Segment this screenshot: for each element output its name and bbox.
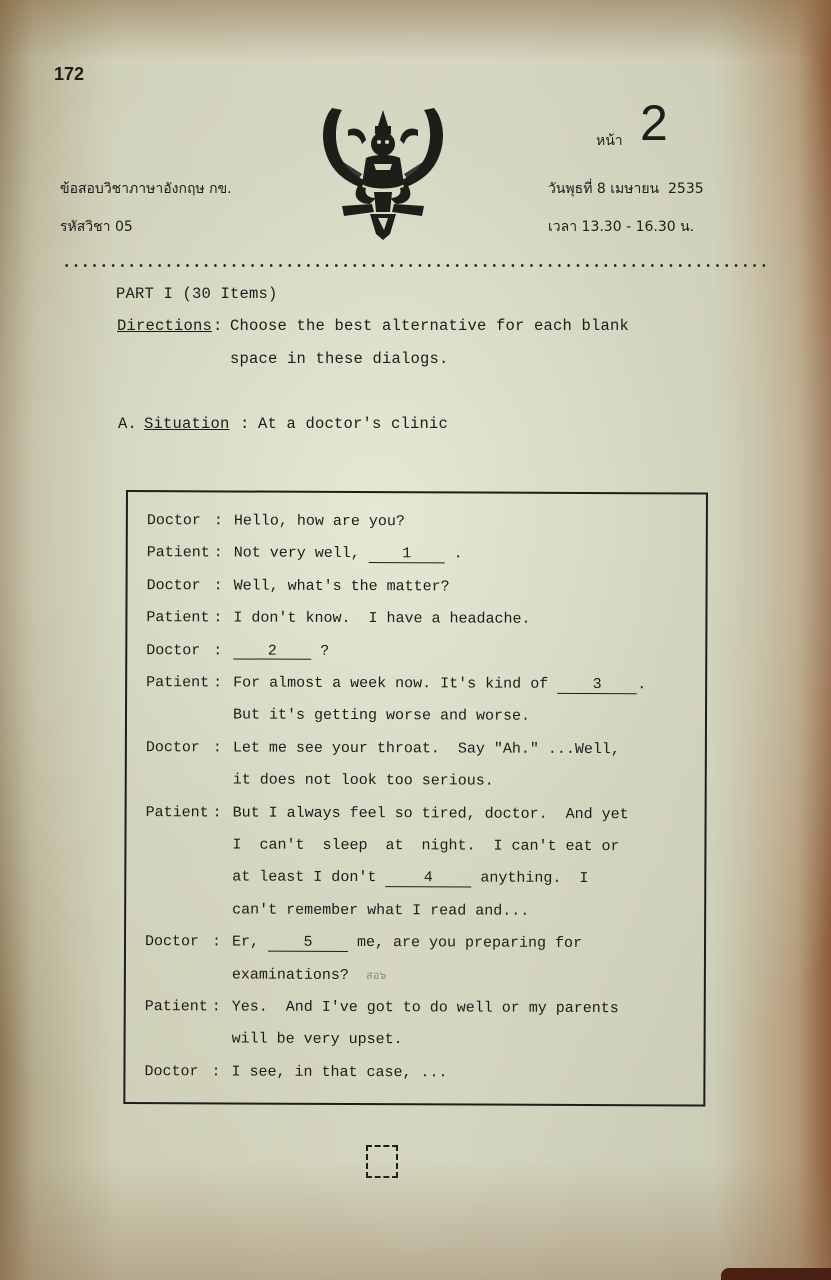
book-page-number: 172 [54, 64, 84, 85]
dialog-line: Hello, how are you? [234, 512, 405, 530]
exam-date: วันพุธที่ 8 เมษายน 2535 [548, 178, 704, 200]
dialog-line: Yes. And I've got to do well or my paren… [232, 998, 619, 1017]
dialog-colon: : [214, 577, 223, 594]
dialog-speaker: Doctor [145, 933, 199, 950]
dialog-line: Er, 5 me, are you preparing for [232, 934, 582, 953]
dialog-speaker: Patient [146, 609, 209, 626]
directions-text-line-1: Choose the best alternative for each bla… [230, 317, 629, 335]
dialog-text: But I always feel so tired, doctor. And … [233, 804, 629, 823]
situation-colon: : [240, 415, 250, 433]
dialog-colon: : [211, 1063, 220, 1080]
directions-text-line-2: space in these dialogs. [230, 350, 449, 368]
dialog-text: . [445, 546, 463, 563]
dialog-line: I don't know. I have a headache. [233, 610, 530, 628]
dotted-divider [62, 264, 768, 267]
dialog-speaker: Patient [145, 998, 208, 1015]
situation-label: Situation [144, 415, 230, 433]
dialog-text: I can't sleep at night. I can't eat or [232, 836, 619, 855]
dialog-text: Well, what's the matter? [234, 577, 450, 595]
dialog-text: . [637, 676, 646, 693]
situation-text: At a doctor's clinic [258, 415, 448, 433]
dialog-colon: : [212, 934, 221, 951]
exam-title: ข้อสอบวิชาภาษาอังกฤษ กข. [60, 178, 232, 200]
dialog-text: I see, in that case, ... [231, 1063, 447, 1081]
dialog-colon: : [213, 739, 222, 756]
directions-colon: : [213, 317, 223, 335]
dialog-speaker: Patient [147, 544, 210, 561]
paper-shadow-top [0, 0, 831, 60]
page-label: หน้า [596, 130, 623, 152]
dialog-colon: : [214, 545, 223, 562]
garuda-emblem-icon [318, 100, 448, 242]
dialog-colon: : [213, 674, 222, 691]
page-corner-shadow [721, 1268, 831, 1280]
dialog-text: I don't know. I have a headache. [233, 610, 530, 628]
directions-label: Directions [117, 317, 212, 335]
dialog-text: Hello, how are you? [234, 512, 405, 530]
dialog-colon: : [213, 642, 222, 659]
dialog-text: can't remember what I read and... [232, 901, 529, 919]
dialog-text: But it's getting worse and worse. [233, 707, 530, 725]
answer-blank-4: 4 [385, 871, 471, 888]
dialog-text: Let me see your throat. Say "Ah." ...Wel… [233, 739, 620, 758]
dialog-line: Well, what's the matter? [234, 577, 450, 595]
dialog-speaker: Patient [146, 804, 209, 821]
dialog-colon: : [212, 998, 221, 1015]
dialog-line: at least I don't 4 anything. I [232, 869, 588, 888]
dialog-colon: : [213, 804, 222, 821]
dialog-speaker: Doctor [147, 577, 201, 594]
dialog-line: I can't sleep at night. I can't eat or [232, 836, 619, 855]
dialog-text: it does not look too serious. [233, 772, 494, 790]
subject-code: รหัสวิชา 05 [60, 216, 133, 238]
dialog-line: it does not look too serious. [233, 772, 494, 790]
exam-page-number: 2 [640, 98, 668, 148]
dialog-speaker: Doctor [146, 642, 200, 659]
dialog-text: examinations? [232, 966, 349, 984]
dialog-line: But it's getting worse and worse. [233, 707, 530, 725]
dialog-text: will be very upset. [232, 1031, 403, 1049]
dialog-text: me, are you preparing for [348, 934, 582, 952]
dialog-text: Not very well, [234, 545, 369, 563]
dialog-line: examinations? [232, 966, 349, 984]
dialog-colon: : [213, 610, 222, 627]
paper-shadow-bottom [0, 1160, 831, 1280]
exam-time: เวลา 13.30 - 16.30 น. [548, 216, 694, 238]
section-letter: A. [118, 415, 137, 433]
dialog-text: anything. I [471, 870, 588, 888]
dialog-line: Let me see your throat. Say "Ah." ...Wel… [233, 739, 620, 758]
dialog-speaker: Patient [146, 674, 209, 691]
dialog-speaker: Doctor [146, 739, 200, 756]
dialog-colon: : [214, 512, 223, 529]
answer-blank-2: 2 [233, 643, 311, 660]
pencil-annotation: สอ๖ [366, 966, 386, 984]
dialog-line: 2 ? [233, 642, 329, 660]
dialog-line: For almost a week now. It's kind of 3. [233, 674, 646, 694]
dialog-line: will be very upset. [232, 1031, 403, 1049]
dialog-text: For almost a week now. It's kind of [233, 674, 557, 692]
answer-blank-3: 3 [557, 677, 637, 694]
answer-blank-5: 5 [268, 935, 348, 952]
dashed-answer-box [366, 1145, 398, 1178]
dialog-text: ? [311, 642, 329, 659]
part-heading: PART I (30 Items) [116, 285, 278, 303]
dialog-line: But I always feel so tired, doctor. And … [233, 804, 629, 823]
dialog-text: at least I don't [232, 869, 385, 887]
dialog-line: I see, in that case, ... [231, 1063, 447, 1081]
answer-blank-1: 1 [369, 546, 445, 563]
dialog-line: can't remember what I read and... [232, 901, 529, 919]
dialog-line: Not very well, 1 . [234, 545, 463, 564]
dialog-speaker: Doctor [144, 1063, 198, 1080]
dialog-speaker: Doctor [147, 512, 201, 529]
dialog-text: Er, [232, 934, 268, 951]
dialog-text: Yes. And I've got to do well or my paren… [232, 998, 619, 1017]
dialog-box: Doctor:Hello, how are you?Patient:Not ve… [123, 490, 708, 1107]
